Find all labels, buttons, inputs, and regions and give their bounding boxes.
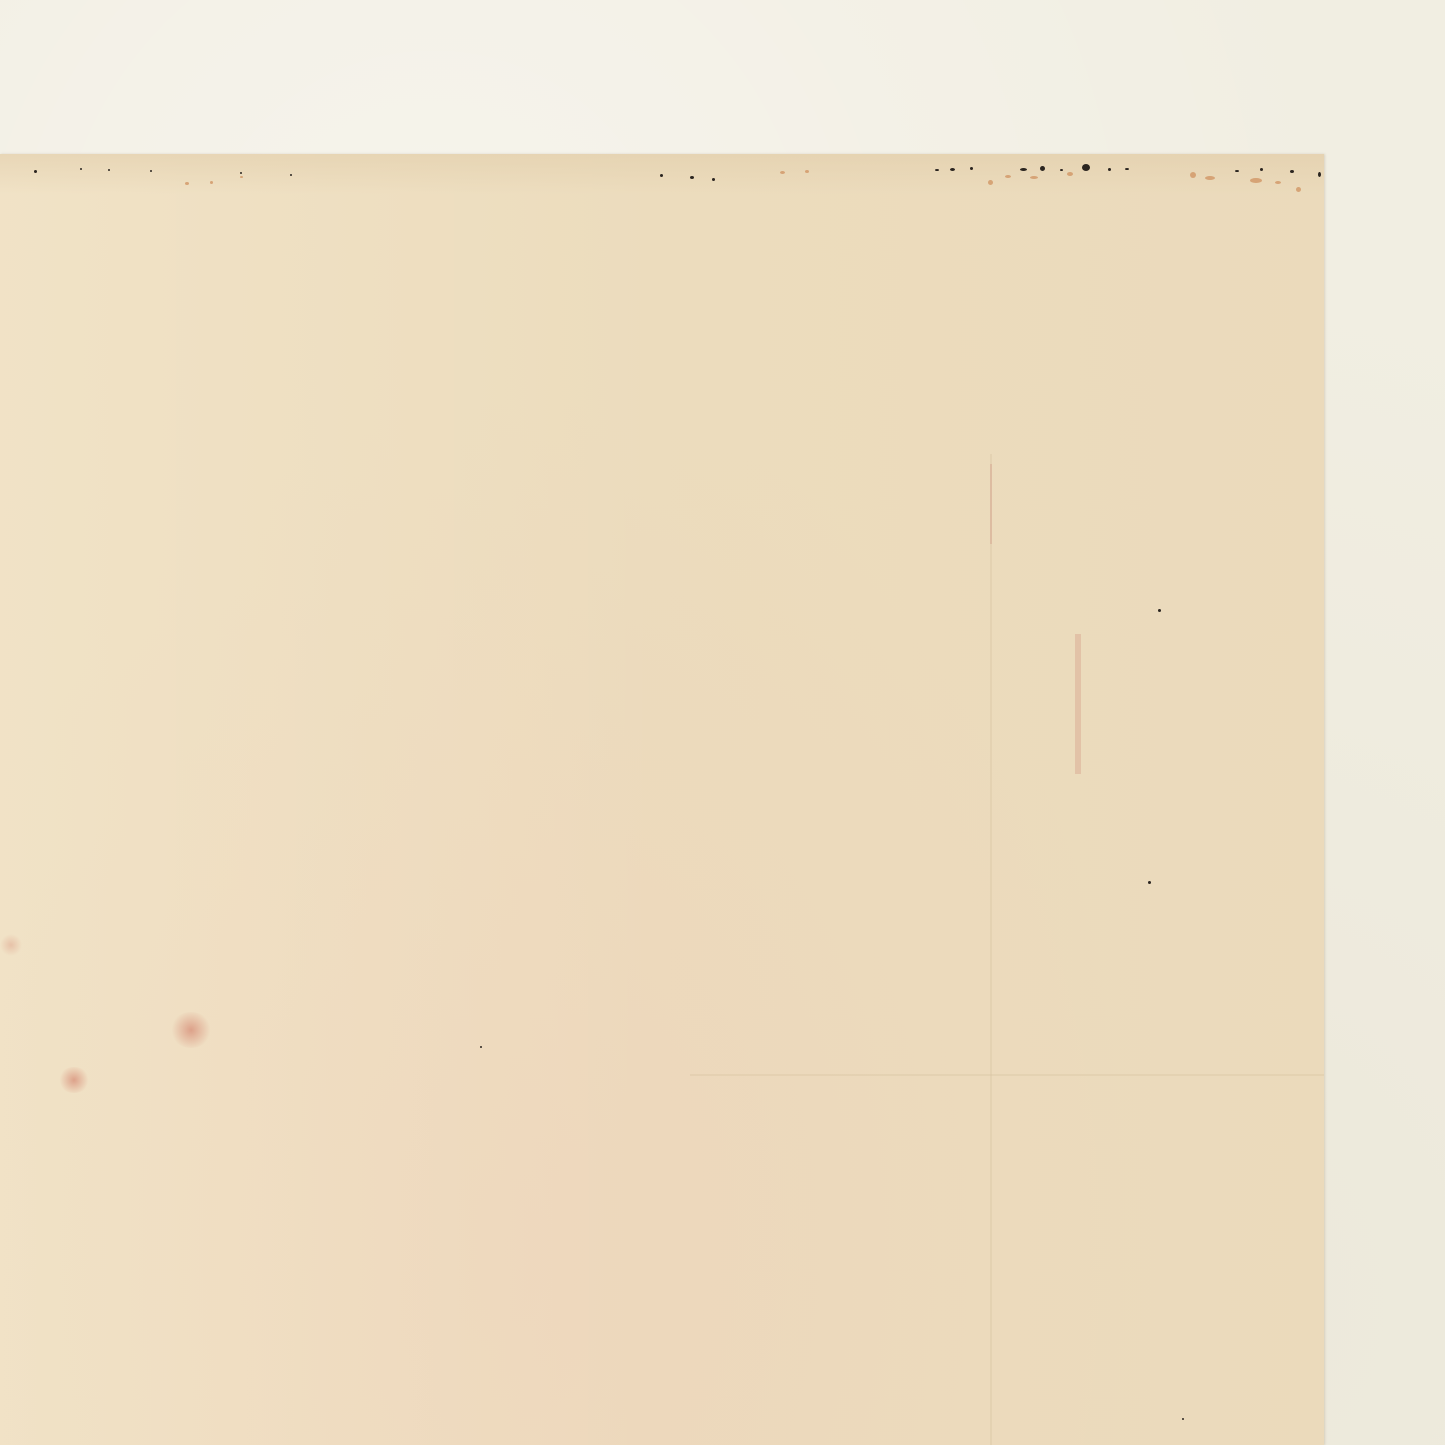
red-smudge (0, 934, 22, 956)
faint-red-mark (990, 464, 992, 544)
foxing-speck (1260, 168, 1263, 171)
foxing-speck (950, 168, 955, 171)
paper-speck (1182, 1418, 1184, 1420)
foxing-speck (1296, 187, 1301, 192)
foxing-speck (805, 170, 809, 173)
foxing-speck (185, 182, 189, 185)
foxing-speck (1190, 172, 1196, 178)
foxing-speck (210, 181, 213, 184)
foxing-speck (34, 170, 37, 173)
foxing-speck (290, 174, 292, 176)
top-edge-foxing (0, 154, 1324, 194)
foxing-speck (1005, 175, 1011, 178)
foxing-speck (970, 167, 973, 170)
foxing-speck (1275, 181, 1281, 184)
scan-background (0, 0, 1445, 1445)
foxing-speck (1040, 166, 1045, 171)
foxing-speck (1205, 176, 1215, 180)
foxing-speck (1125, 168, 1129, 170)
red-smudge (170, 1012, 212, 1048)
foxing-speck (1020, 168, 1027, 171)
paper-sheet (0, 154, 1324, 1445)
horizontal-fold-line (690, 1074, 1324, 1076)
foxing-speck (80, 168, 82, 170)
foxing-speck (712, 178, 715, 181)
paper-speck (1148, 881, 1151, 884)
foxing-speck (1250, 178, 1262, 183)
foxing-speck (1318, 172, 1321, 177)
foxing-speck (660, 174, 663, 177)
faint-red-mark (1075, 634, 1081, 774)
foxing-speck (150, 170, 152, 172)
paper-speck (480, 1046, 482, 1048)
foxing-speck (1235, 170, 1239, 172)
foxing-speck (988, 180, 993, 185)
foxing-speck (1067, 172, 1073, 176)
vertical-fold-line (990, 454, 992, 1445)
foxing-speck (690, 176, 694, 179)
foxing-speck (1082, 164, 1090, 171)
foxing-speck (1060, 169, 1063, 171)
foxing-speck (240, 176, 243, 178)
foxing-speck (1290, 170, 1294, 173)
foxing-speck (935, 169, 939, 171)
paper-speck (1158, 609, 1161, 612)
foxing-speck (780, 171, 785, 174)
red-smudge (58, 1067, 90, 1093)
foxing-speck (240, 172, 242, 174)
foxing-speck (108, 169, 110, 171)
foxing-speck (1108, 168, 1111, 171)
foxing-speck (1030, 176, 1038, 179)
